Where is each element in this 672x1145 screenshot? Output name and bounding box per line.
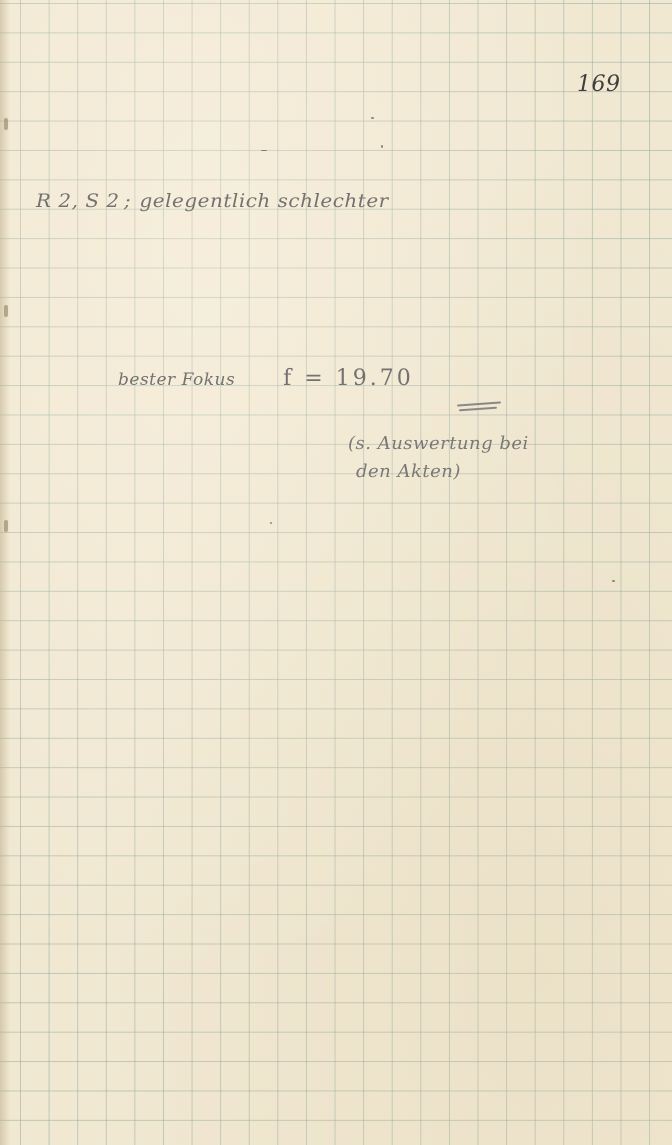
note-parenthetical: (s. Auswertung bei den Akten) — [348, 430, 608, 486]
page-number: 169 — [577, 72, 621, 97]
double-underline — [459, 407, 497, 412]
binding-mark — [4, 118, 8, 130]
binding-edge — [0, 0, 10, 1145]
remark-text: gelegentlich schlechter — [140, 190, 389, 212]
note-line-2: den Akten) — [348, 458, 608, 486]
notebook-page: 169 R 2, S 2;gelegentlich schlechter bes… — [0, 0, 672, 1145]
reference-code: R 2, S 2 — [36, 190, 120, 212]
binding-mark — [4, 520, 8, 532]
paper-speck — [270, 522, 272, 524]
double-underline — [457, 401, 501, 406]
note-line-1: (s. Auswertung bei — [348, 433, 529, 454]
note-line-focus: bester Fokusf = 19.70 — [118, 366, 414, 391]
separator: ; — [124, 190, 131, 212]
paper-speck — [381, 145, 383, 148]
focus-label: bester Fokus — [118, 370, 235, 390]
note-line-reference: R 2, S 2;gelegentlich schlechter — [36, 190, 389, 212]
paper-speck — [612, 580, 615, 582]
focus-formula: f = 19.70 — [283, 366, 414, 391]
paper-speck — [371, 117, 374, 119]
paper-speck — [261, 150, 267, 151]
binding-mark — [4, 305, 8, 317]
